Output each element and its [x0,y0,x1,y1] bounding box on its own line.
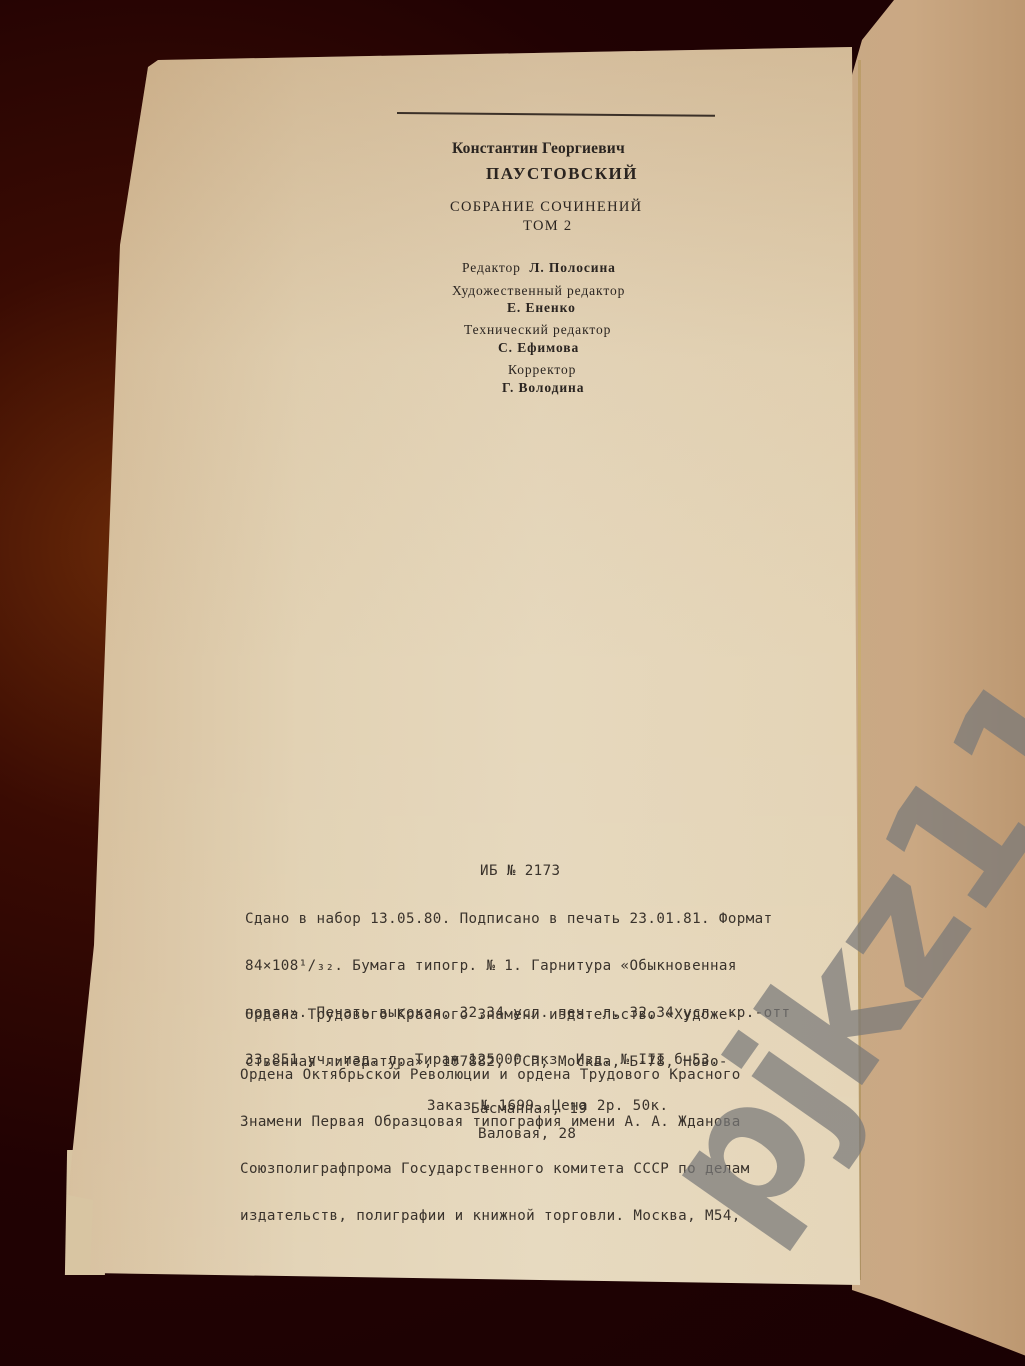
credit-tech-editor-name: С. Ефимова [498,340,579,356]
header-rule [397,112,715,117]
credit-editor: Редактор Л. Полосина [462,260,616,276]
imprint-line: 84×108¹/₃₂. Бумага типогр. № 1. Гарнитур… [245,959,790,975]
credit-tech-editor-role: Технический редактор [464,322,611,338]
colophon-document: Константин Георгиевич ПАУСТОВСКИЙ СОБРАН… [0,0,1025,1366]
credit-proofreader-role: Корректор [508,362,576,378]
ib-number: ИБ № 2173 [480,864,560,880]
printer-line: издательств, полиграфии и книжной торгов… [240,1209,750,1225]
author-surname: ПАУСТОВСКИЙ [486,164,638,184]
printer-address: Валовая, 28 [478,1127,576,1143]
credit-proofreader-name: Г. Володина [502,380,584,396]
publisher-line: Ордена Трудового Красного Знамени издате… [245,1008,737,1024]
credit-person: Л. Полосина [529,260,615,275]
volume-label: ТОМ 2 [523,218,572,235]
credit-art-editor-role: Художественный редактор [452,283,625,299]
author-name: Константин Георгиевич [452,140,625,158]
collection-title: СОБРАНИЕ СОЧИНЕНИЙ [450,199,642,216]
credit-art-editor-name: Е. Ененко [507,300,576,316]
imprint-line: Сдано в набор 13.05.80. Подписано в печа… [245,912,790,928]
credit-role: Редактор [462,260,521,275]
